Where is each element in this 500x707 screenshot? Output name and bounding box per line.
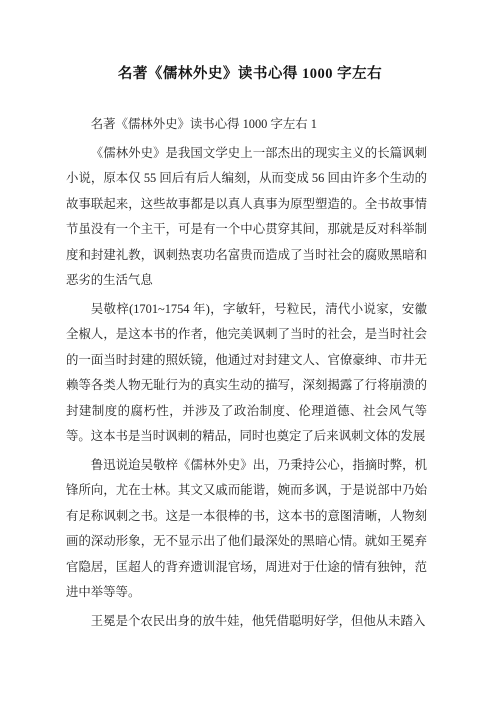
paragraph: 名著《儒林外史》读书心得 1000 字左右 1 (66, 112, 427, 138)
paragraph: 《儒林外史》是我国文学史上一部杰出的现实主义的长篇讽刺小说，原本仅 55 回后有… (66, 141, 427, 294)
paragraph: 鲁迅说迨吴敬梓《儒林外史》出，乃秉持公心，指摘时弊，机锋所向，尤在士林。其文又戚… (66, 453, 427, 606)
paragraph: 王冕是个农民出身的放牛娃，他凭借聪明好学，但他从未踏入 (66, 609, 427, 635)
document-title: 名著《儒林外史》读书心得 1000 字左右 (0, 0, 500, 85)
document-body: 名著《儒林外史》读书心得 1000 字左右 1《儒林外史》是我国文学史上一部杰出… (66, 112, 427, 634)
document-page: 名著《儒林外史》读书心得 1000 字左右 名著《儒林外史》读书心得 1000 … (0, 0, 500, 707)
paragraph: 吴敬梓(1701~1754 年)，字敏轩，号粒民，清代小说家，安徽全椒人，是这本… (66, 297, 427, 450)
